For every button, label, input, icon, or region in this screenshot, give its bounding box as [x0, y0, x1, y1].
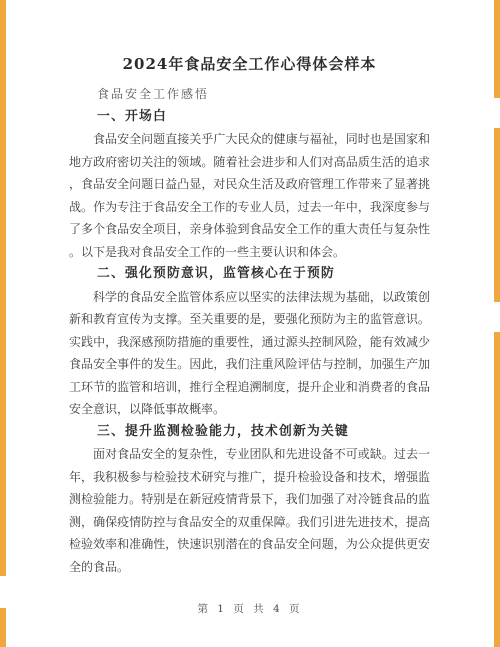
section-heading-testing: 三、提升监测检验能力，技术创新为关键	[69, 421, 430, 444]
document-page: { "doc": { "title": "2024年食品安全工作心得体会样本",…	[0, 0, 500, 647]
section-heading-prevention: 二、强化预防意识，监管核心在于预防	[69, 263, 430, 286]
document-title: 2024年食品安全工作心得体会样本	[69, 54, 430, 74]
document-body: 2024年食品安全工作心得体会样本 食品安全工作感悟 一、开场白 食品安全问题直…	[69, 54, 430, 578]
page-number: 第 1 页 共 4 页	[0, 601, 500, 616]
right-edge-notch-middle	[494, 302, 500, 332]
right-edge-decoration	[494, 0, 500, 647]
section-paragraph-prevention: 科学的食品安全监管体系应以坚实的法律法规为基础，以政策创新和教育宣传为支撑。至关…	[69, 286, 430, 421]
section-paragraph-opening: 食品安全问题直接关乎广大民众的健康与福祉，同时也是国家和地方政府密切关注的领域。…	[69, 128, 430, 263]
section-heading-opening: 一、开场白	[69, 106, 430, 129]
document-subtitle: 食品安全工作感悟	[69, 83, 430, 106]
right-edge-notch-top	[494, 98, 500, 128]
section-paragraph-testing: 面对食品安全的复杂性，专业团队和先进设备不可或缺。过去一年，我积极参与检验技术研…	[69, 443, 430, 578]
left-edge-decoration	[0, 0, 6, 647]
